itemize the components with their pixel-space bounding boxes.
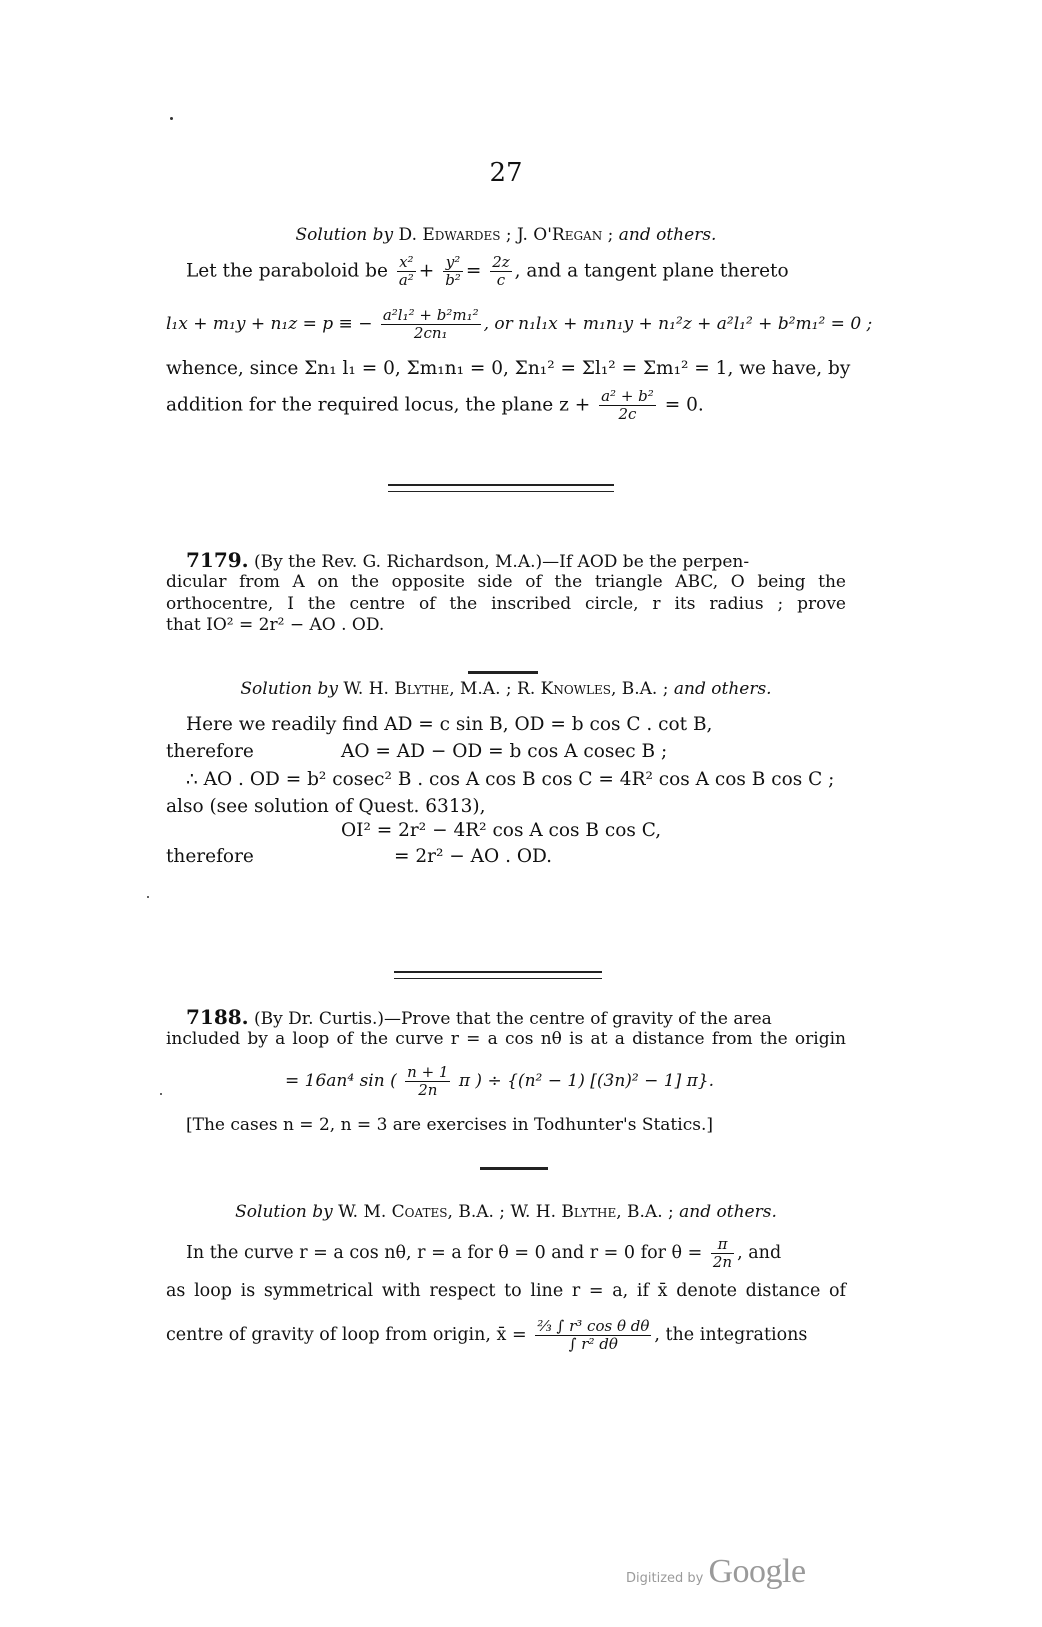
- fraction: y²b²: [443, 254, 463, 289]
- question-line: included by a loop of the curve r = a co…: [166, 1029, 846, 1049]
- equation: , or n₁l₁x + m₁n₁y + n₁²z + a²l₁² + b²m₁…: [484, 314, 873, 334]
- byline-lead: Solution by: [235, 1202, 333, 1222]
- formula-line: = 16an⁴ sin ( n + 12n π ) ÷ {(n² − 1) [(…: [285, 1064, 965, 1099]
- fraction: a² + b²2c: [599, 388, 656, 423]
- byline-authors: W. M. Coates, B.A. ; W. H. Blythe, B.A. …: [338, 1202, 674, 1222]
- digitized-by-google-watermark: Digitized by Google: [626, 1553, 806, 1591]
- text: and a tangent plane thereto: [526, 261, 788, 282]
- tangent-plane-line: l₁x + m₁y + n₁z = p ≡ − a²l₁² + b²m₁²2cn…: [166, 307, 846, 342]
- google-logo-text: Google: [708, 1553, 805, 1590]
- solution-line: therefore AO = AD − OD = b cos A cosec B…: [166, 741, 846, 763]
- scan-speck: [147, 896, 149, 898]
- fraction: 2zc: [490, 254, 511, 289]
- question-text: (By Dr. Curtis.)—Prove that the centre o…: [254, 1009, 772, 1029]
- page-number: 27: [166, 158, 846, 188]
- fraction: ⅔ ∫ r³ cos θ dθ∫ r² dθ: [535, 1318, 651, 1353]
- question-number: 7179.: [186, 548, 249, 572]
- watermark-prefix: Digitized by: [626, 1571, 703, 1586]
- section-divider: [394, 971, 602, 979]
- solution-line: Here we readily find AD = c sin B, OD = …: [186, 714, 866, 736]
- fraction: a²l₁² + b²m₁²2cn₁: [381, 307, 481, 342]
- short-divider: [480, 1167, 548, 1170]
- solution-byline: Solution by D. Edwardes ; J. O'Regan ; a…: [166, 224, 846, 246]
- question-line: orthocentre, I the centre of the inscrib…: [166, 594, 846, 614]
- byline-authors: W. H. Blythe, M.A. ; R. Knowles, B.A. ;: [343, 679, 668, 699]
- scan-speck: [170, 117, 173, 120]
- fraction: n + 12n: [405, 1064, 450, 1099]
- question-line: 7188. (By Dr. Curtis.)—Prove that the ce…: [166, 1007, 846, 1029]
- byline-authors: D. Edwardes ; J. O'Regan ;: [399, 225, 614, 245]
- solution-line: as loop is symmetrical with respect to l…: [166, 1280, 846, 1302]
- byline-tail: and others.: [674, 679, 772, 699]
- paraboloid-line: Let the paraboloid be x²a²+ y²b²= 2zc, a…: [186, 254, 866, 289]
- section-divider: [388, 484, 614, 492]
- byline-tail: and others.: [679, 1202, 777, 1222]
- fraction: x²a²: [397, 254, 416, 289]
- equation: l₁x + m₁y + n₁z = p ≡ −: [166, 314, 372, 334]
- question-line: 7179. (By the Rev. G. Richardson, M.A.)—…: [166, 550, 846, 572]
- text: = 0.: [665, 395, 704, 416]
- byline-lead: Solution by: [296, 225, 394, 245]
- solution-line: therefore = 2r² − AO . OD.: [166, 846, 846, 868]
- solution-line: In the curve r = a cos nθ, r = a for θ =…: [186, 1236, 846, 1271]
- whence-line: whence, since Σn₁ l₁ = 0, Σm₁n₁ = 0, Σn₁…: [166, 358, 846, 380]
- locus-line: addition for the required locus, the pla…: [166, 388, 846, 423]
- solution-byline: Solution by W. M. Coates, B.A. ; W. H. B…: [166, 1201, 846, 1223]
- byline-lead: Solution by: [240, 679, 338, 699]
- fraction: π2n: [711, 1236, 734, 1271]
- question-text: (By the Rev. G. Richardson, M.A.)—If AOD…: [254, 552, 749, 572]
- solution-line: also (see solution of Quest. 6313),: [166, 796, 846, 818]
- text: addition for the required locus, the pla…: [166, 395, 590, 416]
- short-divider: [468, 671, 538, 674]
- text: Let the paraboloid be: [186, 261, 388, 282]
- question-line: that IO² = 2r² − AO . OD.: [166, 615, 846, 635]
- solution-line: centre of gravity of loop from origin, x…: [166, 1318, 846, 1353]
- note-line: [The cases n = 2, n = 3 are exercises in…: [186, 1114, 866, 1136]
- question-number: 7188.: [186, 1005, 249, 1029]
- solution-line: ∴ AO . OD = b² cosec² B . cos A cos B co…: [186, 769, 866, 791]
- scan-speck: [160, 1093, 162, 1095]
- solution-byline: Solution by W. H. Blythe, M.A. ; R. Know…: [166, 678, 846, 700]
- byline-tail: and others.: [619, 225, 717, 245]
- question-line: dicular from A on the opposite side of t…: [166, 572, 846, 592]
